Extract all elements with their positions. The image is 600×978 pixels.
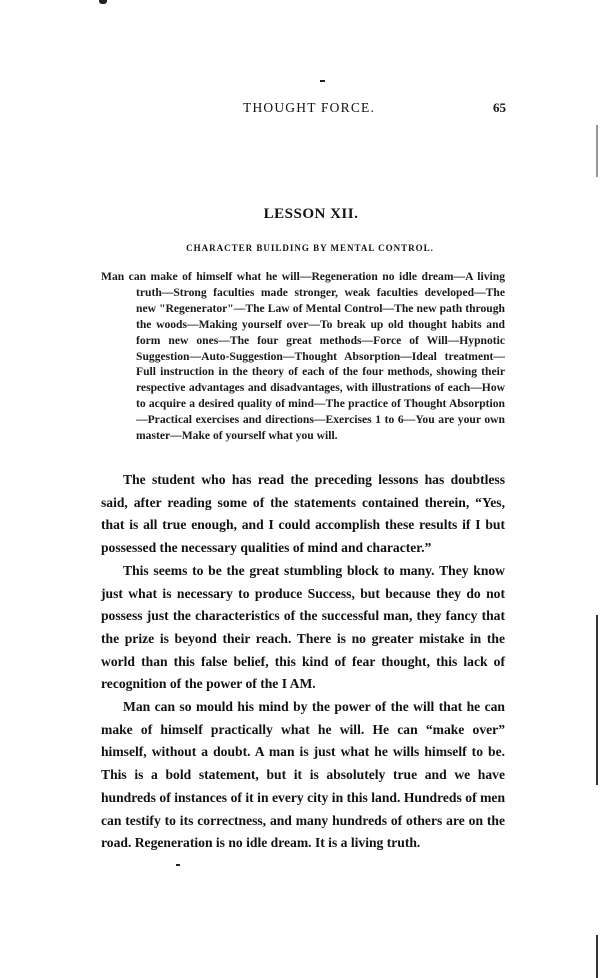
page-edge-mark (596, 615, 598, 785)
scan-artifact (99, 0, 107, 4)
running-header: THOUGHT FORCE. 65 (0, 100, 600, 120)
body-text: The student who has read the preceding l… (101, 469, 505, 855)
paragraph: Man can so mould his mind by the power o… (101, 696, 505, 855)
lesson-title: LESSON XII. (0, 206, 600, 223)
scan-artifact (176, 864, 180, 866)
paragraph: This seems to be the great stumbling blo… (101, 560, 505, 696)
book-page: THOUGHT FORCE. 65 LESSON XII. CHARACTER … (0, 0, 600, 978)
chapter-summary: Man can make of himself what he will—Reg… (101, 269, 505, 444)
page-number: 65 (493, 100, 506, 116)
lesson-subtitle: CHARACTER BUILDING BY MENTAL CONTROL. (0, 243, 600, 253)
page-edge-mark (596, 125, 598, 177)
running-title: THOUGHT FORCE. (243, 100, 375, 116)
scan-artifact (320, 80, 325, 82)
page-edge-mark (596, 935, 598, 978)
paragraph: The student who has read the preceding l… (101, 469, 505, 560)
